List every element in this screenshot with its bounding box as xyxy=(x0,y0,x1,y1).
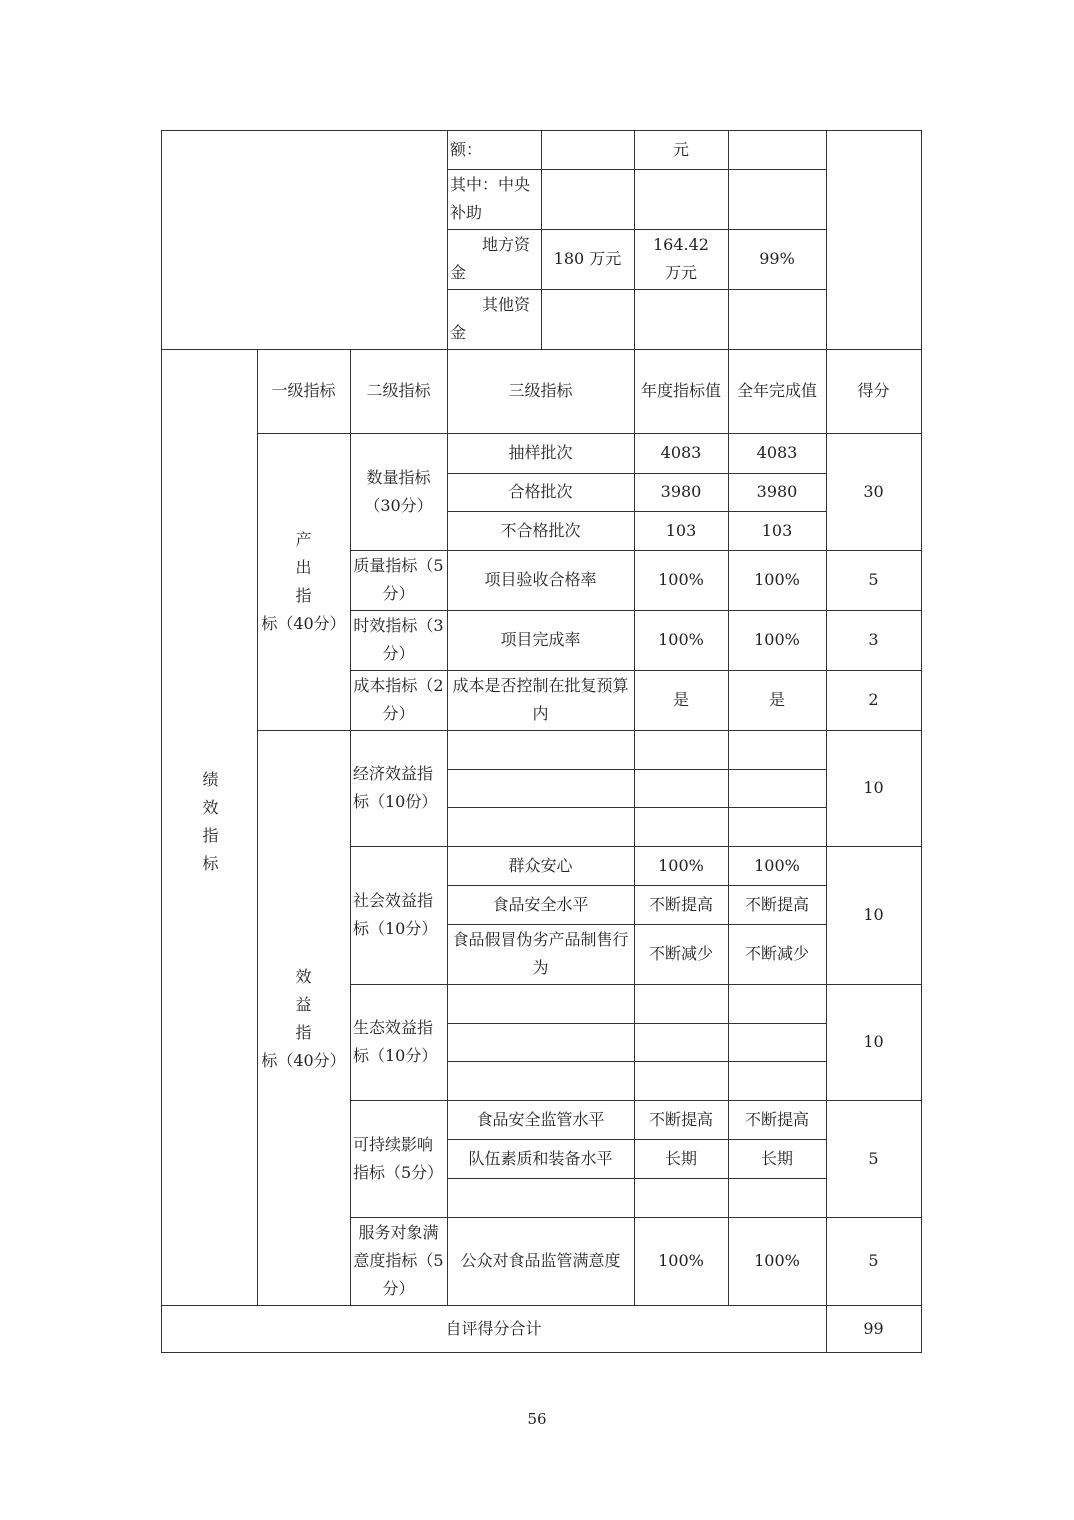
actual-value: 3980 xyxy=(728,473,826,511)
actual-value: 长期 xyxy=(728,1139,826,1178)
actual-value xyxy=(728,769,826,807)
score-value: 5 xyxy=(826,550,921,610)
level3-item xyxy=(447,769,634,807)
budget-label: 地方资金 xyxy=(447,229,541,289)
actual-value xyxy=(728,1178,826,1217)
level3-item xyxy=(447,1061,634,1100)
budget-label: 额： xyxy=(447,130,541,169)
score-value: 5 xyxy=(826,1100,921,1217)
target-value: 不断提高 xyxy=(634,1100,728,1139)
section-label-text: 绩效指标 xyxy=(195,771,223,883)
budget-label: 其他资金 xyxy=(447,289,541,349)
score-value: 10 xyxy=(826,730,921,846)
target-value: 是 xyxy=(634,670,728,730)
score-value: 30 xyxy=(826,433,921,550)
label-char: 效 xyxy=(295,963,311,991)
actual-value: 100% xyxy=(728,610,826,670)
level3-item: 合格批次 xyxy=(447,473,634,511)
budget-planned xyxy=(541,289,634,349)
level3-item: 抽样批次 xyxy=(447,433,634,473)
score-value: 2 xyxy=(826,670,921,730)
actual-value: 不断提高 xyxy=(728,1100,826,1139)
actual-value: 不断提高 xyxy=(728,885,826,924)
budget-actual: 164.42 万元 xyxy=(634,229,728,289)
budget-actual: 元 xyxy=(634,130,728,169)
level3-item: 群众安心 xyxy=(447,846,634,885)
target-value xyxy=(634,769,728,807)
header-annual-target: 年度指标值 xyxy=(634,349,728,433)
total-score: 99 xyxy=(826,1305,921,1352)
header-score: 得分 xyxy=(826,349,921,433)
budget-actual xyxy=(634,289,728,349)
level3-item xyxy=(447,807,634,846)
label-char: 标（40分） xyxy=(261,1047,345,1075)
label-char: 出 xyxy=(295,554,311,582)
target-value: 不断减少 xyxy=(634,924,728,984)
level2-satisfaction: 服务对象满意度指标（5分） xyxy=(350,1217,447,1305)
actual-value: 100% xyxy=(728,1217,826,1305)
actual-value xyxy=(728,1061,826,1100)
actual-value: 103 xyxy=(728,511,826,550)
target-value xyxy=(634,730,728,769)
budget-planned xyxy=(541,169,634,229)
level3-item xyxy=(447,1178,634,1217)
level3-item: 项目完成率 xyxy=(447,610,634,670)
actual-value xyxy=(728,807,826,846)
score-value: 5 xyxy=(826,1217,921,1305)
header-actual: 全年完成值 xyxy=(728,349,826,433)
target-value xyxy=(634,1061,728,1100)
target-value xyxy=(634,1023,728,1061)
level2-cost: 成本指标（2分） xyxy=(350,670,447,730)
budget-planned: 180 万元 xyxy=(541,229,634,289)
table-border-right xyxy=(921,130,922,1353)
target-value: 4083 xyxy=(634,433,728,473)
level3-item: 成本是否控制在批复预算内 xyxy=(447,670,634,730)
target-value: 100% xyxy=(634,1217,728,1305)
level3-item: 项目验收合格率 xyxy=(447,550,634,610)
level3-item: 食品安全监管水平 xyxy=(447,1100,634,1139)
target-value xyxy=(634,807,728,846)
level1-benefit: 效 益 指 标（40分） xyxy=(257,730,350,1305)
target-value: 3980 xyxy=(634,473,728,511)
budget-rate xyxy=(728,130,826,169)
level3-item: 公众对食品监管满意度 xyxy=(447,1217,634,1305)
level2-ecological: 生态效益指标（10分） xyxy=(350,984,447,1100)
level2-timeliness: 时效指标（3分） xyxy=(350,610,447,670)
score-value: 10 xyxy=(826,846,921,984)
actual-value: 不断减少 xyxy=(728,924,826,984)
budget-rate: 99% xyxy=(728,229,826,289)
section-label-performance: 绩效指标 xyxy=(161,349,257,1305)
budget-rate xyxy=(728,169,826,229)
target-value xyxy=(634,984,728,1023)
level3-item: 食品安全水平 xyxy=(447,885,634,924)
grid-line xyxy=(826,130,827,350)
level3-item xyxy=(447,984,634,1023)
actual-value: 100% xyxy=(728,550,826,610)
label-char: 产 xyxy=(295,526,311,554)
level1-output: 产 出 指 标（40分） xyxy=(257,433,350,730)
table-border-bottom xyxy=(161,1352,922,1353)
total-label: 自评得分合计 xyxy=(161,1305,826,1352)
target-value: 不断提高 xyxy=(634,885,728,924)
target-value: 100% xyxy=(634,610,728,670)
level2-quantity: 数量指标（30分） xyxy=(350,433,447,550)
level2-sustainable: 可持续影响指标（5分） xyxy=(350,1100,447,1217)
header-level2: 二级指标 xyxy=(350,349,447,433)
actual-value xyxy=(728,984,826,1023)
target-value xyxy=(634,1178,728,1217)
budget-actual xyxy=(634,169,728,229)
level3-item xyxy=(447,730,634,769)
label-char: 指 xyxy=(295,1019,311,1047)
level3-item: 食品假冒伪劣产品制售行为 xyxy=(447,924,634,984)
actual-value xyxy=(728,1023,826,1061)
actual-value: 是 xyxy=(728,670,826,730)
actual-value xyxy=(728,730,826,769)
label-char: 指 xyxy=(295,582,311,610)
level3-item: 不合格批次 xyxy=(447,511,634,550)
level2-social: 社会效益指标（10分） xyxy=(350,846,447,984)
page-number: 56 xyxy=(0,1410,1074,1428)
label-char: 益 xyxy=(295,991,311,1019)
budget-planned xyxy=(541,130,634,169)
score-value: 3 xyxy=(826,610,921,670)
level3-item xyxy=(447,1023,634,1061)
target-value: 100% xyxy=(634,550,728,610)
level3-item: 队伍素质和装备水平 xyxy=(447,1139,634,1178)
target-value: 100% xyxy=(634,846,728,885)
actual-value: 4083 xyxy=(728,433,826,473)
label-char: 标（40分） xyxy=(261,610,345,638)
target-value: 长期 xyxy=(634,1139,728,1178)
header-level1: 一级指标 xyxy=(257,349,350,433)
budget-label: 其中：中央补助 xyxy=(447,169,541,229)
header-level3: 三级指标 xyxy=(447,349,634,433)
actual-value: 100% xyxy=(728,846,826,885)
target-value: 103 xyxy=(634,511,728,550)
budget-rate xyxy=(728,289,826,349)
score-value: 10 xyxy=(826,984,921,1100)
level2-economic: 经济效益指标（10份） xyxy=(350,730,447,846)
level2-quality: 质量指标（5分） xyxy=(350,550,447,610)
